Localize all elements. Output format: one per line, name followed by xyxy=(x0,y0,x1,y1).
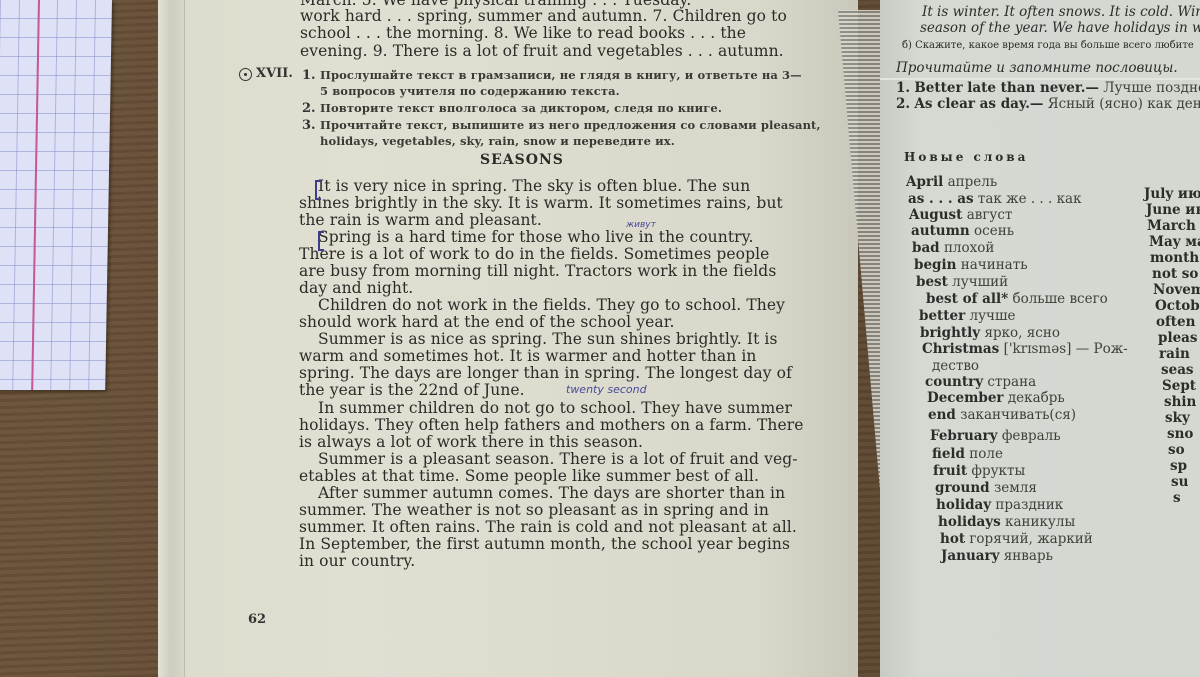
vocab-english: December xyxy=(927,390,1004,406)
text-line: It is winter. It often snows. It is cold… xyxy=(922,4,1200,20)
text-line: Spring is a hard time for those who live… xyxy=(318,228,754,246)
text-title: SEASONS xyxy=(480,152,564,168)
text-line: Summer is as nice as spring. The sun shi… xyxy=(318,330,778,348)
proverb-item: 2. As clear as day.— Ясный (ясно) как де… xyxy=(896,96,1200,112)
exercise-number: XVII. xyxy=(256,66,293,81)
proverb-ru: Лучше поздно, чем xyxy=(1103,80,1200,96)
vocab-russian: дество xyxy=(932,358,979,374)
vocab-english: August xyxy=(909,207,962,223)
vocab-english: end xyxy=(928,407,956,423)
text-line: are busy from morning till night. Tracto… xyxy=(299,262,776,280)
vocab-entry: autumn осень xyxy=(911,223,1014,239)
vocab-entry: best of all* больше всего xyxy=(926,291,1108,307)
vocab-entry-cut: not so xyxy=(1152,266,1198,282)
vocab-english: April xyxy=(906,174,943,190)
task-text: Прочитайте текст, выпишите из него предл… xyxy=(320,118,821,132)
vocab-entry-cut: rain xyxy=(1159,346,1190,362)
exercise-line: evening. 9. There is a lot of fruit and … xyxy=(300,42,784,60)
text-line: spring. The days are longer than in spri… xyxy=(299,364,792,382)
vocab-entry-cut: so xyxy=(1168,442,1185,458)
vocab-entry-cut: sp xyxy=(1170,458,1187,474)
vocab-entry-cut: pleas xyxy=(1158,330,1198,346)
graph-paper-notebook xyxy=(0,0,112,390)
text-line: summer. It often rains. The rain is cold… xyxy=(299,518,797,536)
vocab-entry-cut: su xyxy=(1171,474,1188,490)
vocab-entry: country страна xyxy=(925,374,1036,390)
vocab-russian: земля xyxy=(994,480,1037,496)
vocab-entry: holidays каникулы xyxy=(938,514,1075,530)
text-line: shines brightly in the sky. It is warm. … xyxy=(299,194,783,212)
vocab-entry-cut: July ию xyxy=(1144,186,1200,202)
task-text: holidays, vegetables, sky, rain, snow и … xyxy=(320,134,675,148)
text-line: holidays. They often help fathers and mo… xyxy=(299,416,804,434)
vocab-entry: end заканчивать(ся) xyxy=(928,407,1076,423)
vocab-entry: holiday праздник xyxy=(936,497,1063,513)
vocab-english: country xyxy=(925,374,983,390)
vocab-entry-cut: often xyxy=(1156,314,1195,330)
proverb-ru: Ясный (ясно) как день. xyxy=(1048,96,1200,112)
vocab-english: best xyxy=(916,274,948,290)
text-line: After summer autumn comes. The days are … xyxy=(318,484,785,502)
vocab-entry: field поле xyxy=(932,446,1003,462)
task-b: б) Скажите, какое время года вы больше в… xyxy=(902,40,1194,51)
vocab-entry: February февраль xyxy=(930,428,1061,444)
text-line: warm and sometimes hot. It is warmer and… xyxy=(299,347,757,365)
vocab-english: holiday xyxy=(936,497,991,513)
vocab-russian: фрукты xyxy=(971,463,1025,479)
vocab-russian: январь xyxy=(1004,548,1053,564)
vocab-english: autumn xyxy=(911,223,970,239)
vocab-entry-cut: shin xyxy=(1164,394,1196,410)
vocab-russian: ярко, ясно xyxy=(984,325,1060,341)
vocab-entry: August август xyxy=(909,207,1012,223)
vocab-russian: декабрь xyxy=(1008,390,1065,406)
vocab-english: begin xyxy=(914,257,956,273)
vocab-russian: горячий, жаркий xyxy=(969,531,1092,547)
text-line: Summer is a pleasant season. There is a … xyxy=(318,450,798,468)
vocab-russian: февраль xyxy=(1002,428,1061,444)
vocab-english: Christmas xyxy=(922,341,999,357)
vocab-entry-cut: month xyxy=(1150,250,1199,266)
proverb-en: Better late than never.— xyxy=(914,80,1099,96)
vocab-russian: больше всего xyxy=(1012,291,1107,307)
vocab-entry-cut: Novem xyxy=(1153,282,1200,298)
exercise-line: work hard . . . spring, summer and autum… xyxy=(300,7,787,25)
vocab-entry-cut: Octobe xyxy=(1155,298,1200,314)
text-line: etables at that time. Some people like s… xyxy=(299,467,759,485)
vocab-russian: каникулы xyxy=(1005,514,1075,530)
vocab-russian: лучший xyxy=(952,274,1008,290)
vocab-entry: December декабрь xyxy=(927,390,1065,406)
proverb-number: 1. xyxy=(896,80,910,96)
text-line: should work hard at the end of the schoo… xyxy=(299,313,675,331)
proverb-item: 1. Better late than never.— Лучше поздно… xyxy=(896,80,1200,96)
left-page: March. 5. We have physical training . . … xyxy=(158,0,858,677)
vocab-entry-cut: Sept xyxy=(1162,378,1196,394)
page-number: 62 xyxy=(248,612,266,627)
vocab-english: field xyxy=(932,446,965,462)
vocab-english: February xyxy=(930,428,998,444)
task-number: 1. xyxy=(302,68,316,83)
handwritten-note: twenty second xyxy=(566,383,647,396)
pen-bracket-mark xyxy=(315,180,321,200)
proverb-en: As clear as day.— xyxy=(914,96,1043,112)
vocab-english: as . . . as xyxy=(908,191,974,207)
vocab-russian: страна xyxy=(987,374,1036,390)
vocab-entry-cut: March м xyxy=(1147,218,1200,234)
text-line: in our country. xyxy=(299,552,415,570)
vocab-entry-cut: May ма xyxy=(1149,234,1200,250)
page-edges xyxy=(158,0,185,677)
vocab-entry: as . . . as так же . . . как xyxy=(908,191,1082,207)
vocab-english: brightly xyxy=(920,325,980,341)
text-line: There is a lot of work to do in the fiel… xyxy=(299,245,769,263)
text-line: summer. The weather is not so pleasant a… xyxy=(299,501,769,519)
vocab-entry: begin начинать xyxy=(914,257,1028,273)
vocab-entry: ground земля xyxy=(935,480,1037,496)
task-number: 3. xyxy=(302,118,316,133)
vocab-entry-cut: sno xyxy=(1167,426,1193,442)
vocab-entry-cut: s xyxy=(1173,490,1181,506)
text-line: day and night. xyxy=(299,279,413,297)
vocab-entry: April апрель xyxy=(906,174,997,190)
proverb-number: 2. xyxy=(896,96,910,112)
text-line: the rain is warm and pleasant. xyxy=(299,211,542,229)
text-line: Children do not work in the fields. They… xyxy=(318,296,785,314)
vocab-entry: Christmas ['krɪsməs] — Рож- xyxy=(922,341,1128,357)
text-line: It is very nice in spring. The sky is of… xyxy=(318,177,750,195)
vocab-entry: дество xyxy=(932,358,979,374)
vocab-entry: hot горячий, жаркий xyxy=(940,531,1093,547)
text-line: the year is the 22nd of June. xyxy=(299,381,525,399)
text-line: In summer children do not go to school. … xyxy=(318,399,792,417)
vocab-russian: плохой xyxy=(944,240,994,256)
vocab-entry: fruit фрукты xyxy=(933,463,1025,479)
vocab-entry: better лучше xyxy=(919,308,1015,324)
vocab-russian: так же . . . как xyxy=(978,191,1082,207)
vocab-russian: осень xyxy=(974,223,1014,239)
vocab-entry: bad плохой xyxy=(912,240,994,256)
listen-circle-icon xyxy=(239,68,252,81)
vocab-russian: праздник xyxy=(995,497,1063,513)
vocab-russian: август xyxy=(967,207,1013,223)
text-line: season of the year. We have holidays in … xyxy=(920,20,1200,36)
task-number: 2. xyxy=(302,101,316,116)
vocab-english: holidays xyxy=(938,514,1001,530)
exercise-line: school . . . the morning. 8. We like to … xyxy=(300,24,746,42)
vocab-russian: поле xyxy=(969,446,1003,462)
handwritten-note: живут xyxy=(626,220,656,230)
vocab-english: fruit xyxy=(933,463,967,479)
pen-bracket-mark xyxy=(318,231,324,251)
vocab-entry-cut: seas xyxy=(1161,362,1194,378)
vocab-entry: January январь xyxy=(941,548,1053,564)
task-text: 5 вопросов учителя по содержанию текста. xyxy=(320,84,620,98)
vocab-english: hot xyxy=(940,531,965,547)
notebook-margin-line xyxy=(31,0,40,390)
vocab-english: January xyxy=(941,548,999,564)
vocab-english: better xyxy=(919,308,965,324)
vocab-russian: ['krɪsməs] — Рож- xyxy=(1004,341,1128,357)
vocab-russian: апрель xyxy=(948,174,998,190)
vocab-english: ground xyxy=(935,480,990,496)
vocab-russian: заканчивать(ся) xyxy=(960,407,1076,423)
vocab-russian: лучше xyxy=(970,308,1016,324)
vocab-entry-cut: June ию xyxy=(1146,202,1200,218)
text-line: In September, the first autumn month, th… xyxy=(299,535,790,553)
vocab-entry: best лучший xyxy=(916,274,1008,290)
task-text: Повторите текст вполголоса за диктором, … xyxy=(320,101,722,115)
vocab-english: best of all* xyxy=(926,291,1008,307)
new-words-heading: Новые слова xyxy=(904,150,1028,164)
right-page: It is winter. It often snows. It is cold… xyxy=(880,0,1200,677)
text-line: is always a lot of work there in this se… xyxy=(299,433,643,451)
vocab-english: bad xyxy=(912,240,940,256)
vocab-russian: начинать xyxy=(961,257,1028,273)
vocab-entry: brightly ярко, ясно xyxy=(920,325,1060,341)
task-text: Прослушайте текст в грамзаписи, не глядя… xyxy=(320,68,802,82)
vocab-entry-cut: sky xyxy=(1165,410,1190,426)
proverbs-heading: Прочитайте и запомните пословицы. xyxy=(896,60,1178,76)
